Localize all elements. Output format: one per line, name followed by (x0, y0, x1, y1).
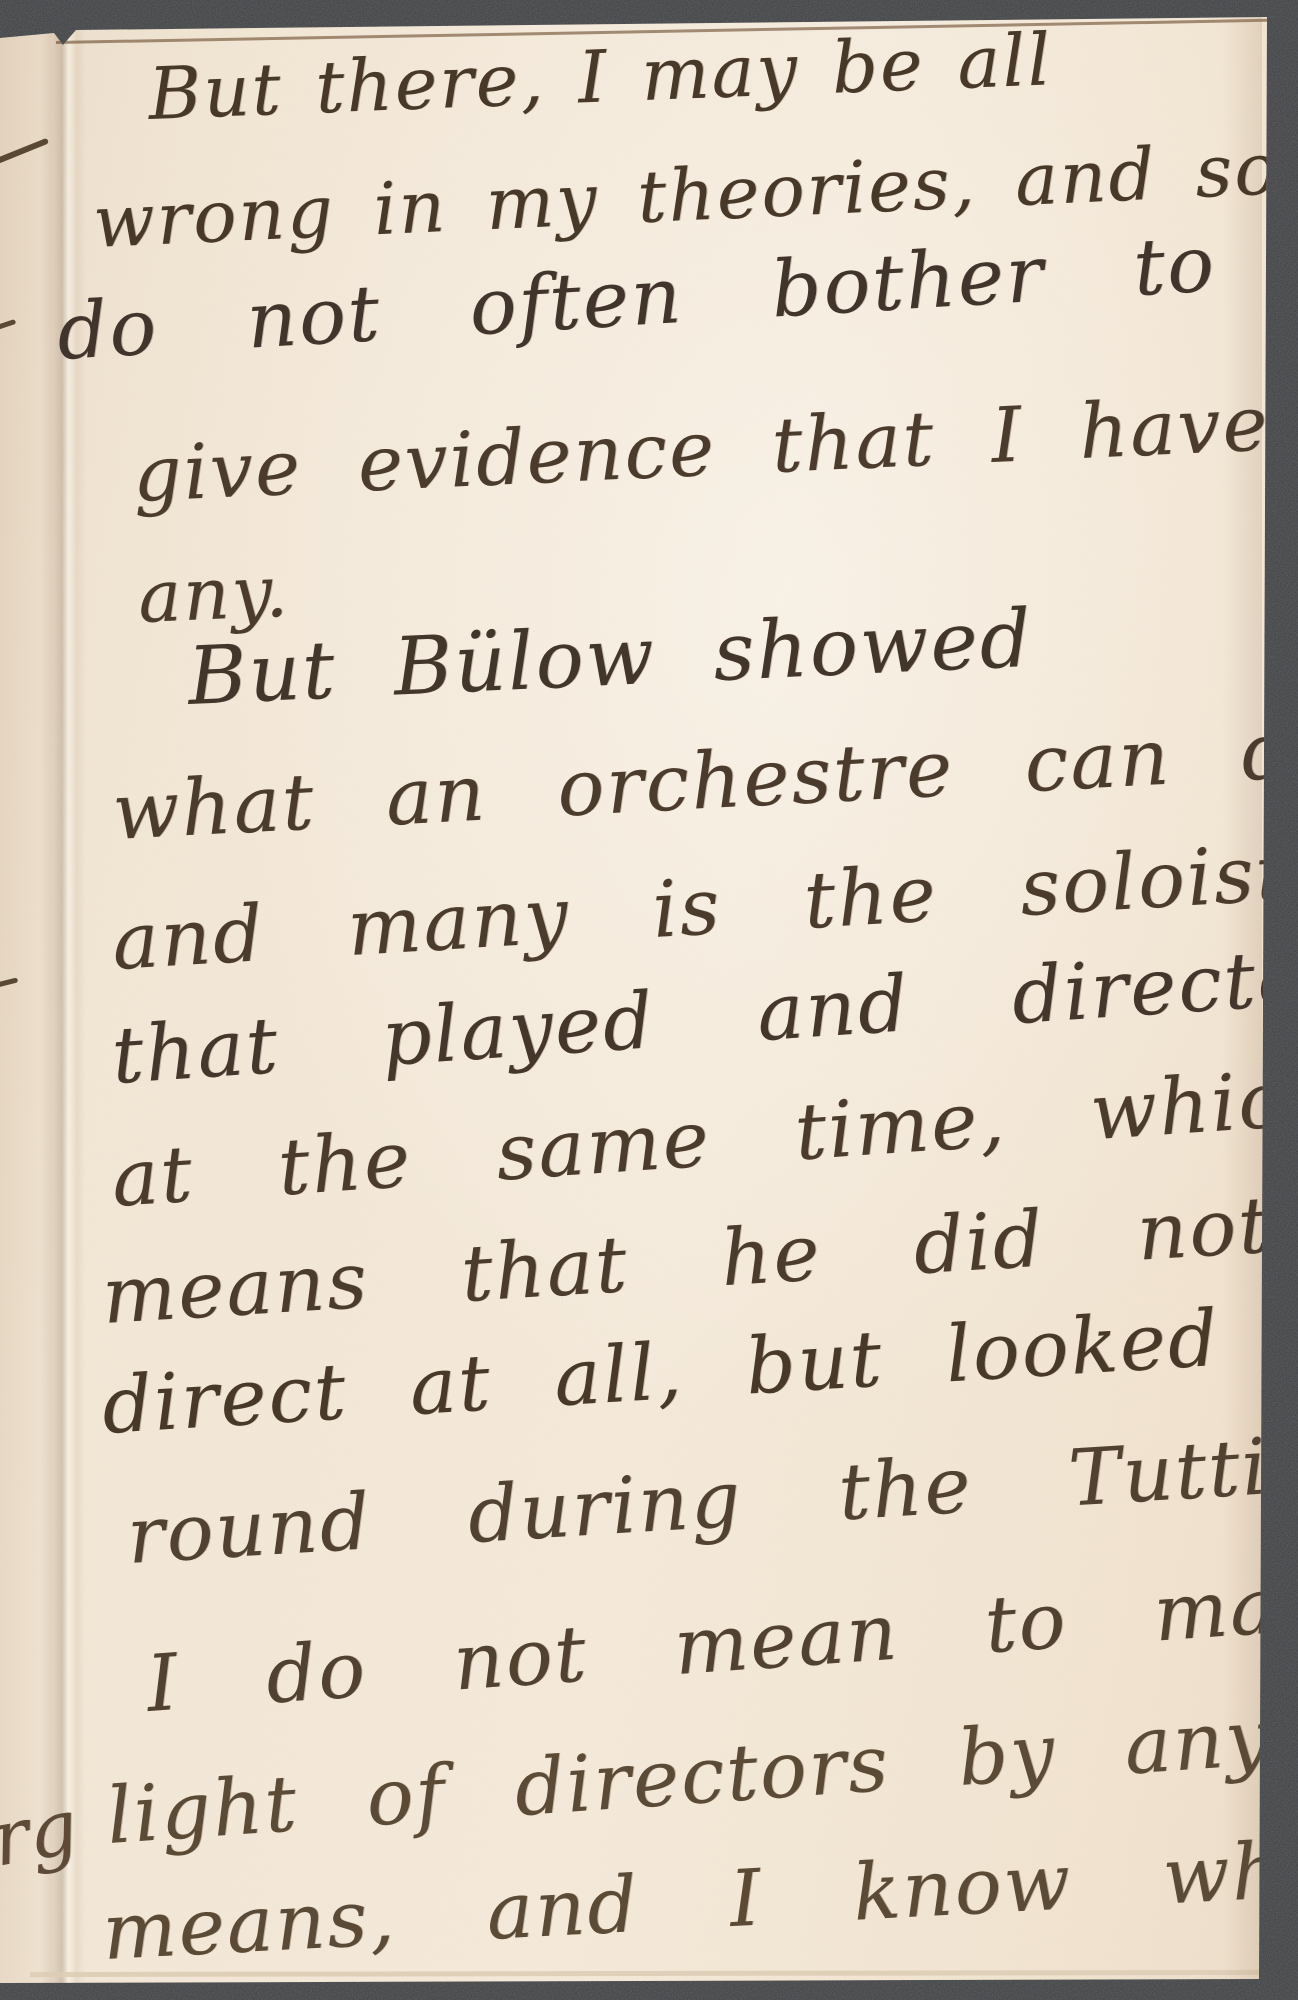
facing-page-text-fragment: rg (0, 1781, 84, 1883)
letter-page: But there, I may be all wrong in my theo… (0, 0, 1268, 1984)
letter-scan: But there, I may be all wrong in my theo… (0, 0, 1298, 2000)
